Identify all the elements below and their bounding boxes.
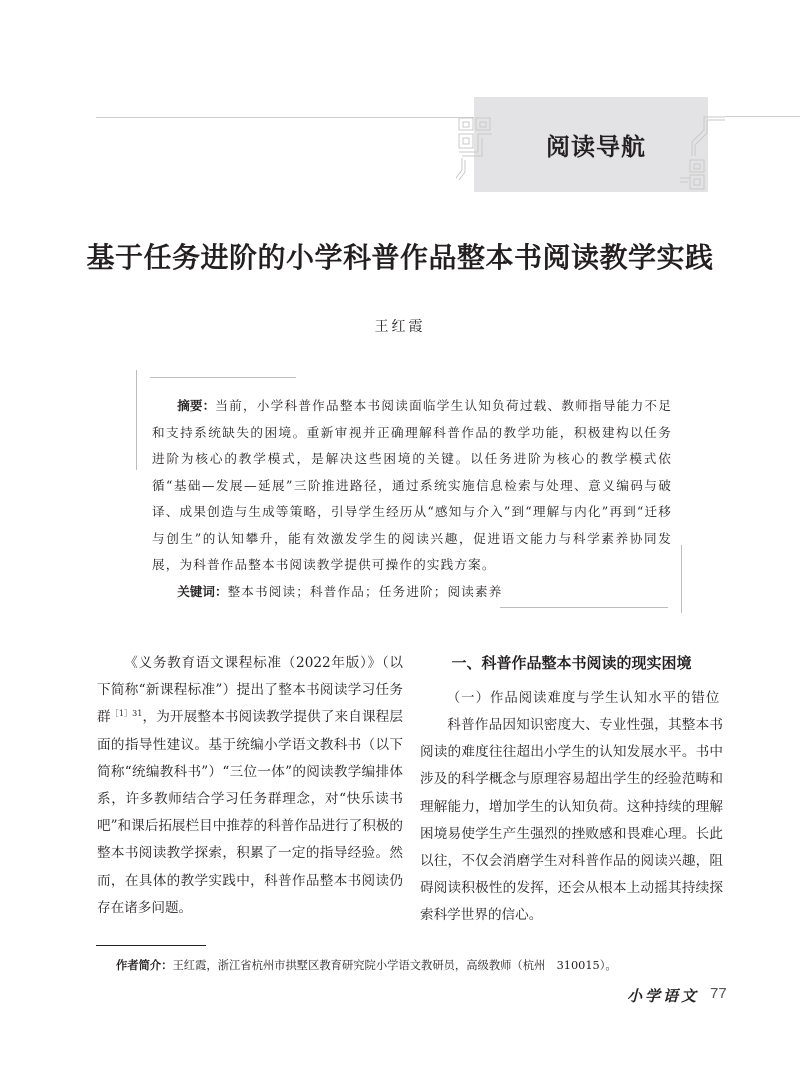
section-heading: 一、科普作品整本书阅读的现实困境: [420, 650, 723, 676]
footnote-text: 王红霞，浙江省杭州市拱墅区教育研究院小学语文教研员，高级教师（杭州 310015…: [173, 959, 617, 972]
section-paragraph: 科普作品因知识密度大、专业性强，其整本书阅读的难度往往超出小学生的认知发展水平。…: [420, 712, 723, 930]
abstract-paragraph: 摘要：当前，小学科普作品整本书阅读面临学生认知负荷过载、教师指导能力不足和支持系…: [152, 393, 672, 579]
abstract-text: 当前，小学科普作品整本书阅读面临学生认知负荷过载、教师指导能力不足和支持系统缺失…: [152, 398, 672, 572]
abstract-label: 摘要：: [177, 398, 215, 413]
keywords-paragraph: 关键词：整本书阅读；科普作品；任务进阶；阅读素养: [152, 579, 672, 606]
section-tag-box: 阅读导航: [474, 97, 708, 192]
header-rule-right: [725, 116, 800, 117]
abstract-rule-top: [150, 377, 296, 378]
abstract-block: 摘要：当前，小学科普作品整本书阅读面临学生认知负荷过载、教师指导能力不足和支持系…: [152, 393, 672, 605]
abstract-rule-bottom: [500, 607, 668, 608]
author-footnote: 作者简介：王红霞，浙江省杭州市拱墅区教育研究院小学语文教研员，高级教师（杭州 3…: [116, 957, 716, 975]
keywords-text: 整本书阅读；科普作品；任务进阶；阅读素养: [228, 584, 503, 599]
fret-ornament-right-icon: [680, 116, 725, 196]
keywords-label: 关键词：: [177, 584, 227, 599]
journal-name: 小学语文: [627, 985, 699, 1006]
page-number: 77: [710, 985, 727, 1002]
article-title: 基于任务进阶的小学科普作品整本书阅读教学实践: [0, 236, 800, 276]
footnote-rule: [96, 945, 206, 946]
section-tag: 阅读导航: [474, 97, 708, 192]
body-column-left: 《义务教育语文课程标准（2022年版）》（以下简称“新课程标准”）提出了整本书阅…: [97, 650, 403, 922]
fret-ornament-left-icon: [456, 112, 496, 192]
citation-ref: ［1］31: [111, 709, 143, 718]
intro-text-b: ，为开展整本书阅读教学提供了来自课程层面的指导性建议。基于统编小学语文教科书（以…: [97, 709, 403, 915]
body-column-right: 一、科普作品整本书阅读的现实困境 （一）作品阅读难度与学生认知水平的错位 科普作…: [420, 650, 723, 930]
intro-paragraph: 《义务教育语文课程标准（2022年版）》（以下简称“新课程标准”）提出了整本书阅…: [97, 650, 403, 922]
abstract-frame-right: [681, 545, 682, 613]
footnote-label: 作者简介：: [116, 959, 173, 972]
article-author: 王红霞: [0, 316, 800, 336]
subsection-heading: （一）作品阅读难度与学生认知水平的错位: [420, 685, 723, 712]
abstract-frame-left: [136, 370, 137, 470]
header-rule-left: [96, 117, 474, 118]
